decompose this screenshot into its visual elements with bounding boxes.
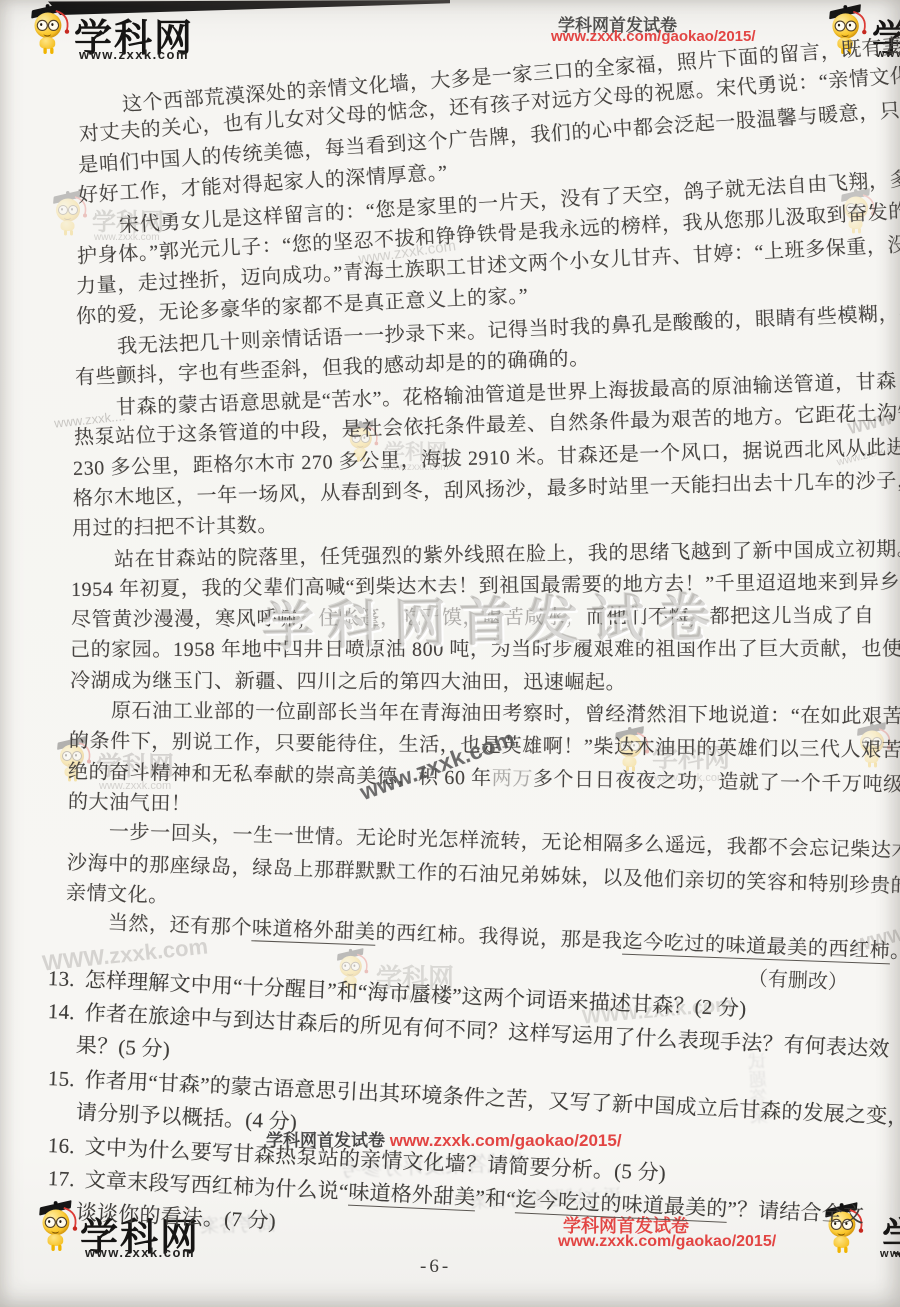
question-line: 果？(5 分) [75, 1029, 170, 1063]
text-segment: ”？请结合全文 [727, 1197, 865, 1227]
gaokao-watermark-title: 学科网首发试卷 [266, 1131, 385, 1150]
text-segment: ”和“ [475, 1186, 516, 1212]
question-number: 17. [47, 1166, 75, 1192]
text-segment: 谈谈你的看法。(7 分) [75, 1200, 276, 1233]
gaokao-watermark-line: 学科网首发试卷 www.zxxk.com/gaokao/2015/ [266, 1126, 622, 1151]
underlined-phrase: 迄今吃过的味道最美的 [515, 1188, 728, 1224]
question-number: 13. [47, 966, 75, 992]
text-segment: 果？(5 分) [75, 1033, 170, 1061]
question-line: 谈谈你的看法。(7 分) [75, 1196, 276, 1235]
scanned-exam-page: 学科网 www.zxxk.com 学科网首发试卷 www.zxxk.com/ga… [0, 0, 900, 1307]
question-number: 15. [47, 1066, 75, 1092]
question-number: 16. [47, 1133, 75, 1159]
gaokao-watermark-url: www.zxxk.com/gaokao/2015/ [390, 1131, 622, 1150]
zxxk-emboss-watermark: 学科网首发试卷 [261, 575, 724, 660]
question-number: 14. [47, 999, 75, 1025]
text-segment: 请分别予以概括。(4 分) [75, 1100, 297, 1134]
underlined-phrase: 味道格外甜美 [348, 1180, 476, 1212]
